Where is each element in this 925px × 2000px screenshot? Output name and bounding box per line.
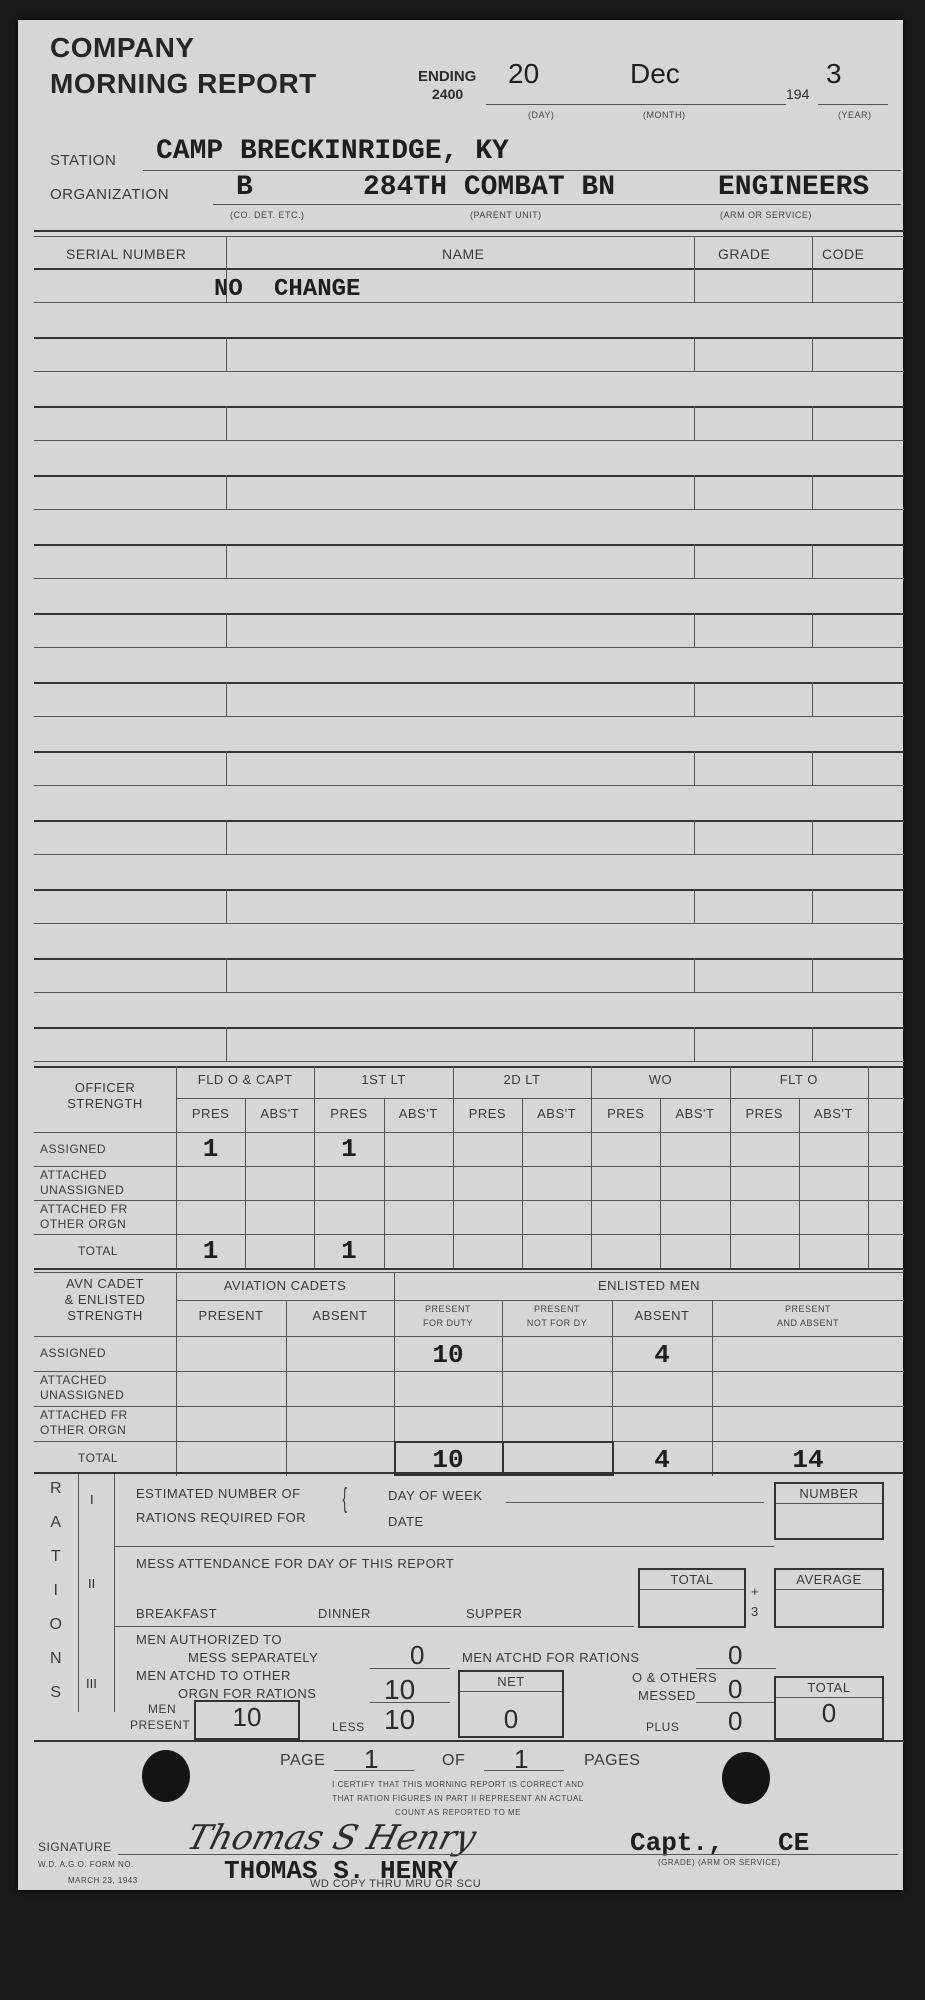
number-label: NUMBER xyxy=(776,1484,882,1504)
roster-column-divider xyxy=(812,889,813,923)
roster-column-divider xyxy=(694,751,695,785)
roster-column-divider xyxy=(694,268,695,302)
roster-column-divider xyxy=(694,406,695,440)
punch-hole-left xyxy=(142,1750,190,1802)
organization-label: ORGANIZATION xyxy=(50,186,169,203)
officer-column-divider xyxy=(868,1066,869,1268)
arm-caption: (ARM OR SERVICE) xyxy=(720,210,812,220)
roster-column-divider xyxy=(694,544,695,578)
roster-rule xyxy=(34,337,904,339)
officer-cell: 1 xyxy=(314,1236,383,1266)
report-month: Dec xyxy=(630,58,680,90)
officer-sub-header: PRES xyxy=(176,1106,245,1121)
enlisted-row-label-2: OTHER ORGN xyxy=(40,1423,126,1437)
form-date: MARCH 23, 1943 xyxy=(68,1876,138,1885)
average-box: AVERAGE xyxy=(774,1568,884,1628)
roster-rule-thin xyxy=(34,440,904,441)
pages-label: PAGES xyxy=(584,1752,640,1770)
officer-group-rule xyxy=(176,1098,904,1099)
roster-rule-thin xyxy=(34,1061,904,1062)
officer-column-divider xyxy=(522,1098,523,1268)
of-label: OF xyxy=(442,1752,465,1770)
year-caption: (YEAR) xyxy=(838,110,872,120)
roster-rule-thin xyxy=(34,509,904,510)
officer-row-rule xyxy=(34,1132,904,1133)
signature-label: SIGNATURE xyxy=(38,1840,112,1854)
officer-column-divider xyxy=(591,1066,592,1268)
o-others-underline xyxy=(696,1702,776,1703)
enlisted-cell: 4 xyxy=(612,1445,712,1475)
company-caption: (CO. DET. ETC.) xyxy=(230,210,305,220)
divide-by: 3 xyxy=(751,1604,759,1619)
plus-label: PLUS xyxy=(646,1720,679,1734)
rations-bottom-rule xyxy=(34,1740,904,1742)
enlisted-top-rule xyxy=(34,1272,904,1273)
part-ii-numeral: II xyxy=(88,1576,95,1591)
roster-rule-thin xyxy=(34,854,904,855)
form-title-line2: MORNING REPORT xyxy=(50,68,317,100)
roster-rule xyxy=(34,820,904,822)
roster-column-divider xyxy=(812,958,813,992)
officer-row-label-2: UNASSIGNED xyxy=(40,1183,124,1197)
plus-value: 0 xyxy=(728,1706,742,1737)
roster-column-divider xyxy=(226,268,227,302)
officer-row-label: ASSIGNED xyxy=(40,1142,106,1156)
officer-group-0: FLD O & CAPT xyxy=(176,1072,314,1087)
roster-rule-thin xyxy=(34,647,904,648)
roster-rule xyxy=(34,958,904,960)
station-label: STATION xyxy=(50,152,116,169)
roster-column-divider xyxy=(226,544,227,578)
officer-group-1: 1ST LT xyxy=(314,1072,452,1087)
atchd-other-line1: MEN ATCHD TO OTHER xyxy=(136,1668,291,1683)
officer-group-2: 2D LT xyxy=(453,1072,591,1087)
enlisted-sub-header: ABSENT xyxy=(612,1308,712,1323)
supper-label: SUPPER xyxy=(466,1606,522,1621)
roster-rule-thin xyxy=(34,716,904,717)
enlisted-row-label: ATTACHED xyxy=(40,1373,107,1387)
roster-column-divider xyxy=(226,475,227,509)
roster-column-divider xyxy=(812,751,813,785)
o-others-line1: O & OTHERS xyxy=(632,1670,717,1685)
officer-sub-header: PRES xyxy=(730,1106,799,1121)
roster-column-divider xyxy=(694,475,695,509)
divide-plus: + xyxy=(751,1584,759,1599)
part-i-numeral: I xyxy=(90,1492,94,1507)
officer-group-4: FLT O xyxy=(730,1072,868,1087)
officer-column-divider xyxy=(799,1098,800,1268)
roster-header-divider xyxy=(812,236,813,268)
enlisted-row-label: ATTACHED FR xyxy=(40,1408,128,1422)
enlisted-title-0: AVN CADET xyxy=(34,1276,176,1291)
officer-row-label: TOTAL xyxy=(78,1244,118,1258)
roster-rule xyxy=(34,1027,904,1029)
officer-sub-header: ABS'T xyxy=(384,1106,453,1121)
roster-entry-right: CHANGE xyxy=(274,276,360,303)
page-num-underline xyxy=(334,1770,414,1771)
total-label: TOTAL xyxy=(776,1678,882,1698)
officer-row-rule xyxy=(34,1166,904,1167)
rations-letter: A xyxy=(34,1514,78,1532)
rations-letter: I xyxy=(34,1582,78,1600)
enlisted-cell: 14 xyxy=(712,1445,904,1475)
roster-column-divider xyxy=(812,820,813,854)
officer-sub-header: PRES xyxy=(453,1106,522,1121)
copy-note: WD COPY THRU MRU OR SCU xyxy=(310,1878,481,1890)
enlisted-sub-header: PRESENT xyxy=(712,1304,904,1314)
officer-cell: 1 xyxy=(176,1236,245,1266)
roster-column-divider xyxy=(226,820,227,854)
officer-row-rule xyxy=(34,1234,904,1235)
ending-label: ENDING xyxy=(418,68,476,85)
men-present-line2: PRESENT xyxy=(130,1718,190,1732)
roster-rule-thin xyxy=(34,302,904,303)
certify-line3: COUNT AS REPORTED TO ME xyxy=(218,1808,698,1817)
roster-column-divider xyxy=(226,406,227,440)
part-ii-rule xyxy=(114,1626,634,1627)
dinner-label: DINNER xyxy=(318,1606,371,1621)
enlisted-row-rule xyxy=(34,1371,904,1372)
punch-hole-right xyxy=(722,1752,770,1804)
rations-top-rule xyxy=(34,1472,904,1474)
roster-column-divider xyxy=(812,337,813,371)
date-label: DATE xyxy=(388,1514,424,1529)
enlisted-title-1: & ENLISTED xyxy=(34,1292,176,1307)
roster-column-divider xyxy=(694,820,695,854)
officer-sub-header: PRES xyxy=(314,1106,383,1121)
total-box: TOTAL 0 xyxy=(774,1676,884,1740)
certify-line2: THAT RATION FIGURES IN PART II REPRESENT… xyxy=(218,1794,698,1803)
officer-sub-header: PRES xyxy=(591,1106,660,1121)
men-present-line1: MEN xyxy=(148,1702,176,1716)
part-i-rule xyxy=(114,1546,774,1547)
auth-line2: MESS SEPARATELY xyxy=(188,1650,318,1665)
company-value: B xyxy=(236,172,253,203)
officer-column-divider xyxy=(245,1098,246,1268)
officer-top-rule xyxy=(34,1066,904,1068)
roster-top-rule-thin xyxy=(34,236,904,237)
roster-column-divider xyxy=(226,1027,227,1061)
enlisted-cell: 4 xyxy=(612,1340,712,1370)
roster-rule xyxy=(34,406,904,408)
organization-underline xyxy=(213,204,901,205)
officer-sub-header: ABS'T xyxy=(245,1106,314,1121)
roster-column-divider xyxy=(226,889,227,923)
part-iii-numeral: III xyxy=(86,1676,97,1691)
roster-rule xyxy=(34,889,904,891)
col-grade: GRADE xyxy=(718,246,770,262)
page-total-underline xyxy=(484,1770,564,1771)
enlisted-row-rule xyxy=(34,1336,904,1337)
roster-column-divider xyxy=(226,682,227,716)
roster-column-divider xyxy=(694,889,695,923)
part-i-line1: ESTIMATED NUMBER OF xyxy=(136,1486,301,1501)
o-others-line2: MESSED xyxy=(638,1688,696,1703)
mess-attendance-title: MESS ATTENDANCE FOR DAY OF THIS REPORT xyxy=(136,1556,454,1571)
enlisted-row-label-2: UNASSIGNED xyxy=(40,1388,124,1402)
station-value: CAMP BRECKINRIDGE, KY xyxy=(156,136,509,167)
roster-column-divider xyxy=(812,544,813,578)
breakfast-label: BREAKFAST xyxy=(136,1606,217,1621)
atchd-rations-underline xyxy=(696,1668,776,1669)
roster-column-divider xyxy=(694,337,695,371)
year-underline xyxy=(818,104,888,105)
enlisted-row-label: ASSIGNED xyxy=(40,1346,106,1360)
enlisted-total-box xyxy=(394,1441,614,1476)
enlisted-column-divider xyxy=(286,1300,287,1476)
enlisted-cell: 10 xyxy=(394,1340,502,1370)
day-caption: (DAY) xyxy=(528,110,554,120)
roster-column-divider xyxy=(226,613,227,647)
officer-column-divider xyxy=(453,1066,454,1268)
men-present-value: 10 xyxy=(196,1702,298,1733)
officer-cell: 1 xyxy=(176,1134,245,1164)
officer-cell: 1 xyxy=(314,1134,383,1164)
officer-sub-header: ABS'T xyxy=(799,1106,868,1121)
enlisted-sub-header-2: NOT FOR DY xyxy=(502,1318,612,1328)
roster-header-divider xyxy=(226,236,227,268)
roster-rule xyxy=(34,475,904,477)
enlisted-sub-header-2: FOR DUTY xyxy=(394,1318,502,1328)
roster-column-divider xyxy=(812,682,813,716)
enlisted-title-2: STRENGTH xyxy=(34,1308,176,1323)
average-label: AVERAGE xyxy=(776,1570,882,1590)
report-day: 20 xyxy=(508,58,539,90)
mess-total-box: TOTAL xyxy=(638,1568,746,1628)
enlisted-men-header: ENLISTED MEN xyxy=(394,1278,904,1293)
roster-rule-thin xyxy=(34,578,904,579)
roster-rule-thin xyxy=(34,923,904,924)
officer-bottom-rule xyxy=(34,1268,904,1270)
roster-header-rule xyxy=(34,268,904,270)
net-value-box: 0 xyxy=(458,1712,564,1738)
roster-rule xyxy=(34,751,904,753)
enlisted-sub-header: PRESENT xyxy=(502,1304,612,1314)
officer-sub-header: ABS'T xyxy=(660,1106,729,1121)
roster-top-rule xyxy=(34,230,904,232)
total-value: 0 xyxy=(776,1698,882,1729)
year-prefix: 194 xyxy=(786,86,809,102)
parent-unit-value: 284TH COMBAT BN xyxy=(363,172,615,203)
roster-column-divider xyxy=(226,337,227,371)
ending-time: 2400 xyxy=(432,86,463,102)
roster-column-divider xyxy=(694,682,695,716)
page-label: PAGE xyxy=(280,1752,325,1770)
roster-column-divider xyxy=(812,475,813,509)
grade-caption: (GRADE) (ARM OR SERVICE) xyxy=(658,1858,781,1867)
roster-column-divider xyxy=(226,751,227,785)
station-underline xyxy=(143,170,901,171)
enlisted-total-box-divider xyxy=(502,1441,504,1476)
month-caption: (MONTH) xyxy=(643,110,686,120)
part-i-line2: RATIONS REQUIRED FOR xyxy=(136,1510,306,1525)
officer-strength-title-1: OFFICER xyxy=(34,1080,176,1095)
men-present-box: 10 xyxy=(194,1700,300,1740)
morning-report-form: COMPANY MORNING REPORT ENDING 2400 20 De… xyxy=(18,20,903,1890)
rations-letter: S xyxy=(34,1684,78,1702)
col-serial-number: SERIAL NUMBER xyxy=(66,246,186,262)
col-code: CODE xyxy=(822,246,864,262)
enlisted-row-rule xyxy=(34,1406,904,1407)
rations-letter: R xyxy=(34,1480,78,1498)
roster-rule-thin xyxy=(34,785,904,786)
auth-value: 0 xyxy=(410,1640,424,1671)
officer-row-label: ATTACHED xyxy=(40,1168,107,1182)
day-of-week-label: DAY OF WEEK xyxy=(388,1488,483,1503)
enlisted-column-divider xyxy=(176,1272,177,1476)
roster-column-divider xyxy=(694,613,695,647)
report-year: 3 xyxy=(826,58,842,90)
rations-divider-2 xyxy=(114,1474,115,1712)
roster-header-divider xyxy=(694,236,695,268)
officer-strength-title-2: STRENGTH xyxy=(34,1096,176,1111)
form-title-line1: COMPANY xyxy=(50,32,195,64)
roster-rule xyxy=(34,613,904,615)
roster-rule xyxy=(34,682,904,684)
form-number: W.D. A.G.O. FORM NO. xyxy=(38,1860,134,1869)
net-value: 0 xyxy=(460,1704,562,1735)
roster-column-divider xyxy=(812,406,813,440)
rations-letter: O xyxy=(34,1616,78,1634)
roster-column-divider xyxy=(812,1027,813,1061)
officer-group-3: WO xyxy=(591,1072,729,1087)
roster-column-divider xyxy=(226,958,227,992)
brace: { xyxy=(342,1482,347,1514)
atchd-other-underline xyxy=(370,1702,450,1703)
roster-rule-thin xyxy=(34,992,904,993)
rations-letter: N xyxy=(34,1650,78,1668)
enlisted-sub-header: PRESENT xyxy=(394,1304,502,1314)
o-others-value: 0 xyxy=(728,1674,742,1705)
enlisted-sub-header-2: AND ABSENT xyxy=(712,1318,904,1328)
auth-line1: MEN AUTHORIZED TO xyxy=(136,1632,282,1647)
signature: Thomas S Henry xyxy=(183,1818,481,1858)
atchd-other-line2: ORGN FOR RATIONS xyxy=(178,1686,316,1701)
enlisted-sub-header: ABSENT xyxy=(286,1308,394,1323)
less-label: LESS xyxy=(332,1720,365,1734)
day-of-week-field xyxy=(506,1502,764,1503)
auth-underline xyxy=(370,1668,450,1669)
certify-line1: I CERTIFY THAT THIS MORNING REPORT IS CO… xyxy=(218,1780,698,1789)
officer-row-label-2: OTHER ORGN xyxy=(40,1217,126,1231)
roster-column-divider xyxy=(694,1027,695,1061)
roster-rule xyxy=(34,544,904,546)
date-underline xyxy=(486,104,786,105)
parent-unit-caption: (PARENT UNIT) xyxy=(470,210,542,220)
enlisted-sub-header: PRESENT xyxy=(176,1308,286,1323)
officer-row-rule xyxy=(34,1200,904,1201)
roster-column-divider xyxy=(694,958,695,992)
roster-entry-left: NO xyxy=(214,276,243,303)
col-name: NAME xyxy=(442,246,484,262)
officer-column-divider xyxy=(660,1098,661,1268)
less-value: 10 xyxy=(384,1704,415,1736)
atchd-rations-label: MEN ATCHD FOR RATIONS xyxy=(462,1650,640,1665)
officer-column-divider xyxy=(730,1066,731,1268)
enlisted-row-label: TOTAL xyxy=(78,1451,118,1465)
net-label: NET xyxy=(460,1672,562,1692)
mess-total-label: TOTAL xyxy=(640,1570,744,1590)
aviation-cadets-header: AVIATION CADETS xyxy=(176,1278,394,1293)
officer-sub-header: ABS'T xyxy=(522,1106,591,1121)
officer-column-divider xyxy=(384,1098,385,1268)
roster-rule-thin xyxy=(34,371,904,372)
rations-letter: T xyxy=(34,1548,78,1566)
atchd-rations-value: 0 xyxy=(728,1640,742,1671)
arm-value: ENGINEERS xyxy=(718,172,869,203)
rations-divider-1 xyxy=(78,1474,79,1712)
roster-column-divider xyxy=(812,268,813,302)
signature-line xyxy=(118,1854,898,1855)
officer-row-label: ATTACHED FR xyxy=(40,1202,128,1216)
roster-column-divider xyxy=(812,613,813,647)
number-box: NUMBER xyxy=(774,1482,884,1540)
